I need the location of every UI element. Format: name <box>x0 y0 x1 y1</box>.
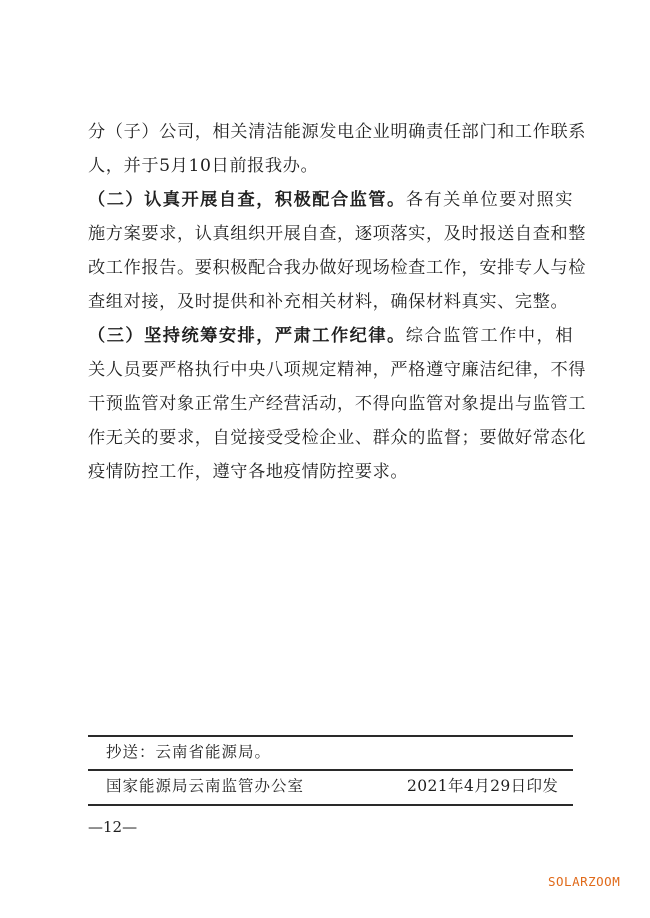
body-line: 改工作报告。要积极配合我办做好现场检查工作，安排专人与检 <box>88 256 573 280</box>
line-text: 施方案要求，认真组织开展自查，逐项落实，及时报送自查和整 <box>88 224 586 244</box>
line-text: 疫情防控工作，遵守各地疫情防控要求。 <box>88 462 408 482</box>
body-line: 施方案要求，认真组织开展自查，逐项落实，及时报送自查和整 <box>88 222 573 246</box>
section-two-heading-line: （二）认真开展自查，积极配合监管。各有关单位要对照实 <box>88 188 573 212</box>
page-number: —12— <box>88 816 137 838</box>
body-line: 关人员要严格执行中央八项规定精神，严格遵守廉洁纪律，不得 <box>88 358 573 382</box>
issue-date: 2021年4月29日印发 <box>407 775 558 797</box>
line-text: 查组对接，及时提供和补充相关材料，确保材料真实、完整。 <box>88 292 568 312</box>
body-line: 分（子）公司，相关清洁能源发电企业明确责任部门和工作联系 <box>88 120 573 144</box>
body-line: 查组对接，及时提供和补充相关材料，确保材料真实、完整。 <box>88 290 573 314</box>
footer-rule-middle <box>88 769 573 771</box>
line-text: 各有关单位要对照实 <box>406 190 573 210</box>
cc-line: 抄送：云南省能源局。 <box>106 741 271 763</box>
body-line: 干预监管对象正常生产经营活动，不得向监管对象提出与监管工 <box>88 392 573 416</box>
line-text: 分（子）公司，相关清洁能源发电企业明确责任部门和工作联系 <box>88 122 586 142</box>
line-text: 关人员要严格执行中央八项规定精神，严格遵守廉洁纪律，不得 <box>88 360 586 380</box>
section-two-heading: （二）认真开展自查，积极配合监管。 <box>88 190 406 210</box>
line-text: 人，并于5月10日前报我办。 <box>88 156 318 176</box>
line-text: 干预监管对象正常生产经营活动，不得向监管对象提出与监管工 <box>88 394 586 414</box>
line-text: 改工作报告。要积极配合我办做好现场检查工作，安排专人与检 <box>88 258 586 278</box>
issuer-name: 国家能源局云南监管办公室 <box>106 775 304 797</box>
footer-rule-top <box>88 735 573 737</box>
section-three-heading-line: （三）坚持统筹安排，严肃工作纪律。综合监管工作中，相 <box>88 324 573 348</box>
section-three-heading: （三）坚持统筹安排，严肃工作纪律。 <box>88 326 406 346</box>
footer-rule-bottom <box>88 804 573 806</box>
line-text: 作无关的要求，自觉接受受检企业、群众的监督；要做好常态化 <box>88 428 586 448</box>
watermark-logo: SOLARZOOM <box>548 874 620 889</box>
body-line: 人，并于5月10日前报我办。 <box>88 154 573 178</box>
body-line: 疫情防控工作，遵守各地疫情防控要求。 <box>88 460 573 484</box>
body-line: 作无关的要求，自觉接受受检企业、群众的监督；要做好常态化 <box>88 426 573 450</box>
line-text: 综合监管工作中，相 <box>406 326 573 346</box>
document-page: 分（子）公司，相关清洁能源发电企业明确责任部门和工作联系 人，并于5月10日前报… <box>0 0 650 918</box>
